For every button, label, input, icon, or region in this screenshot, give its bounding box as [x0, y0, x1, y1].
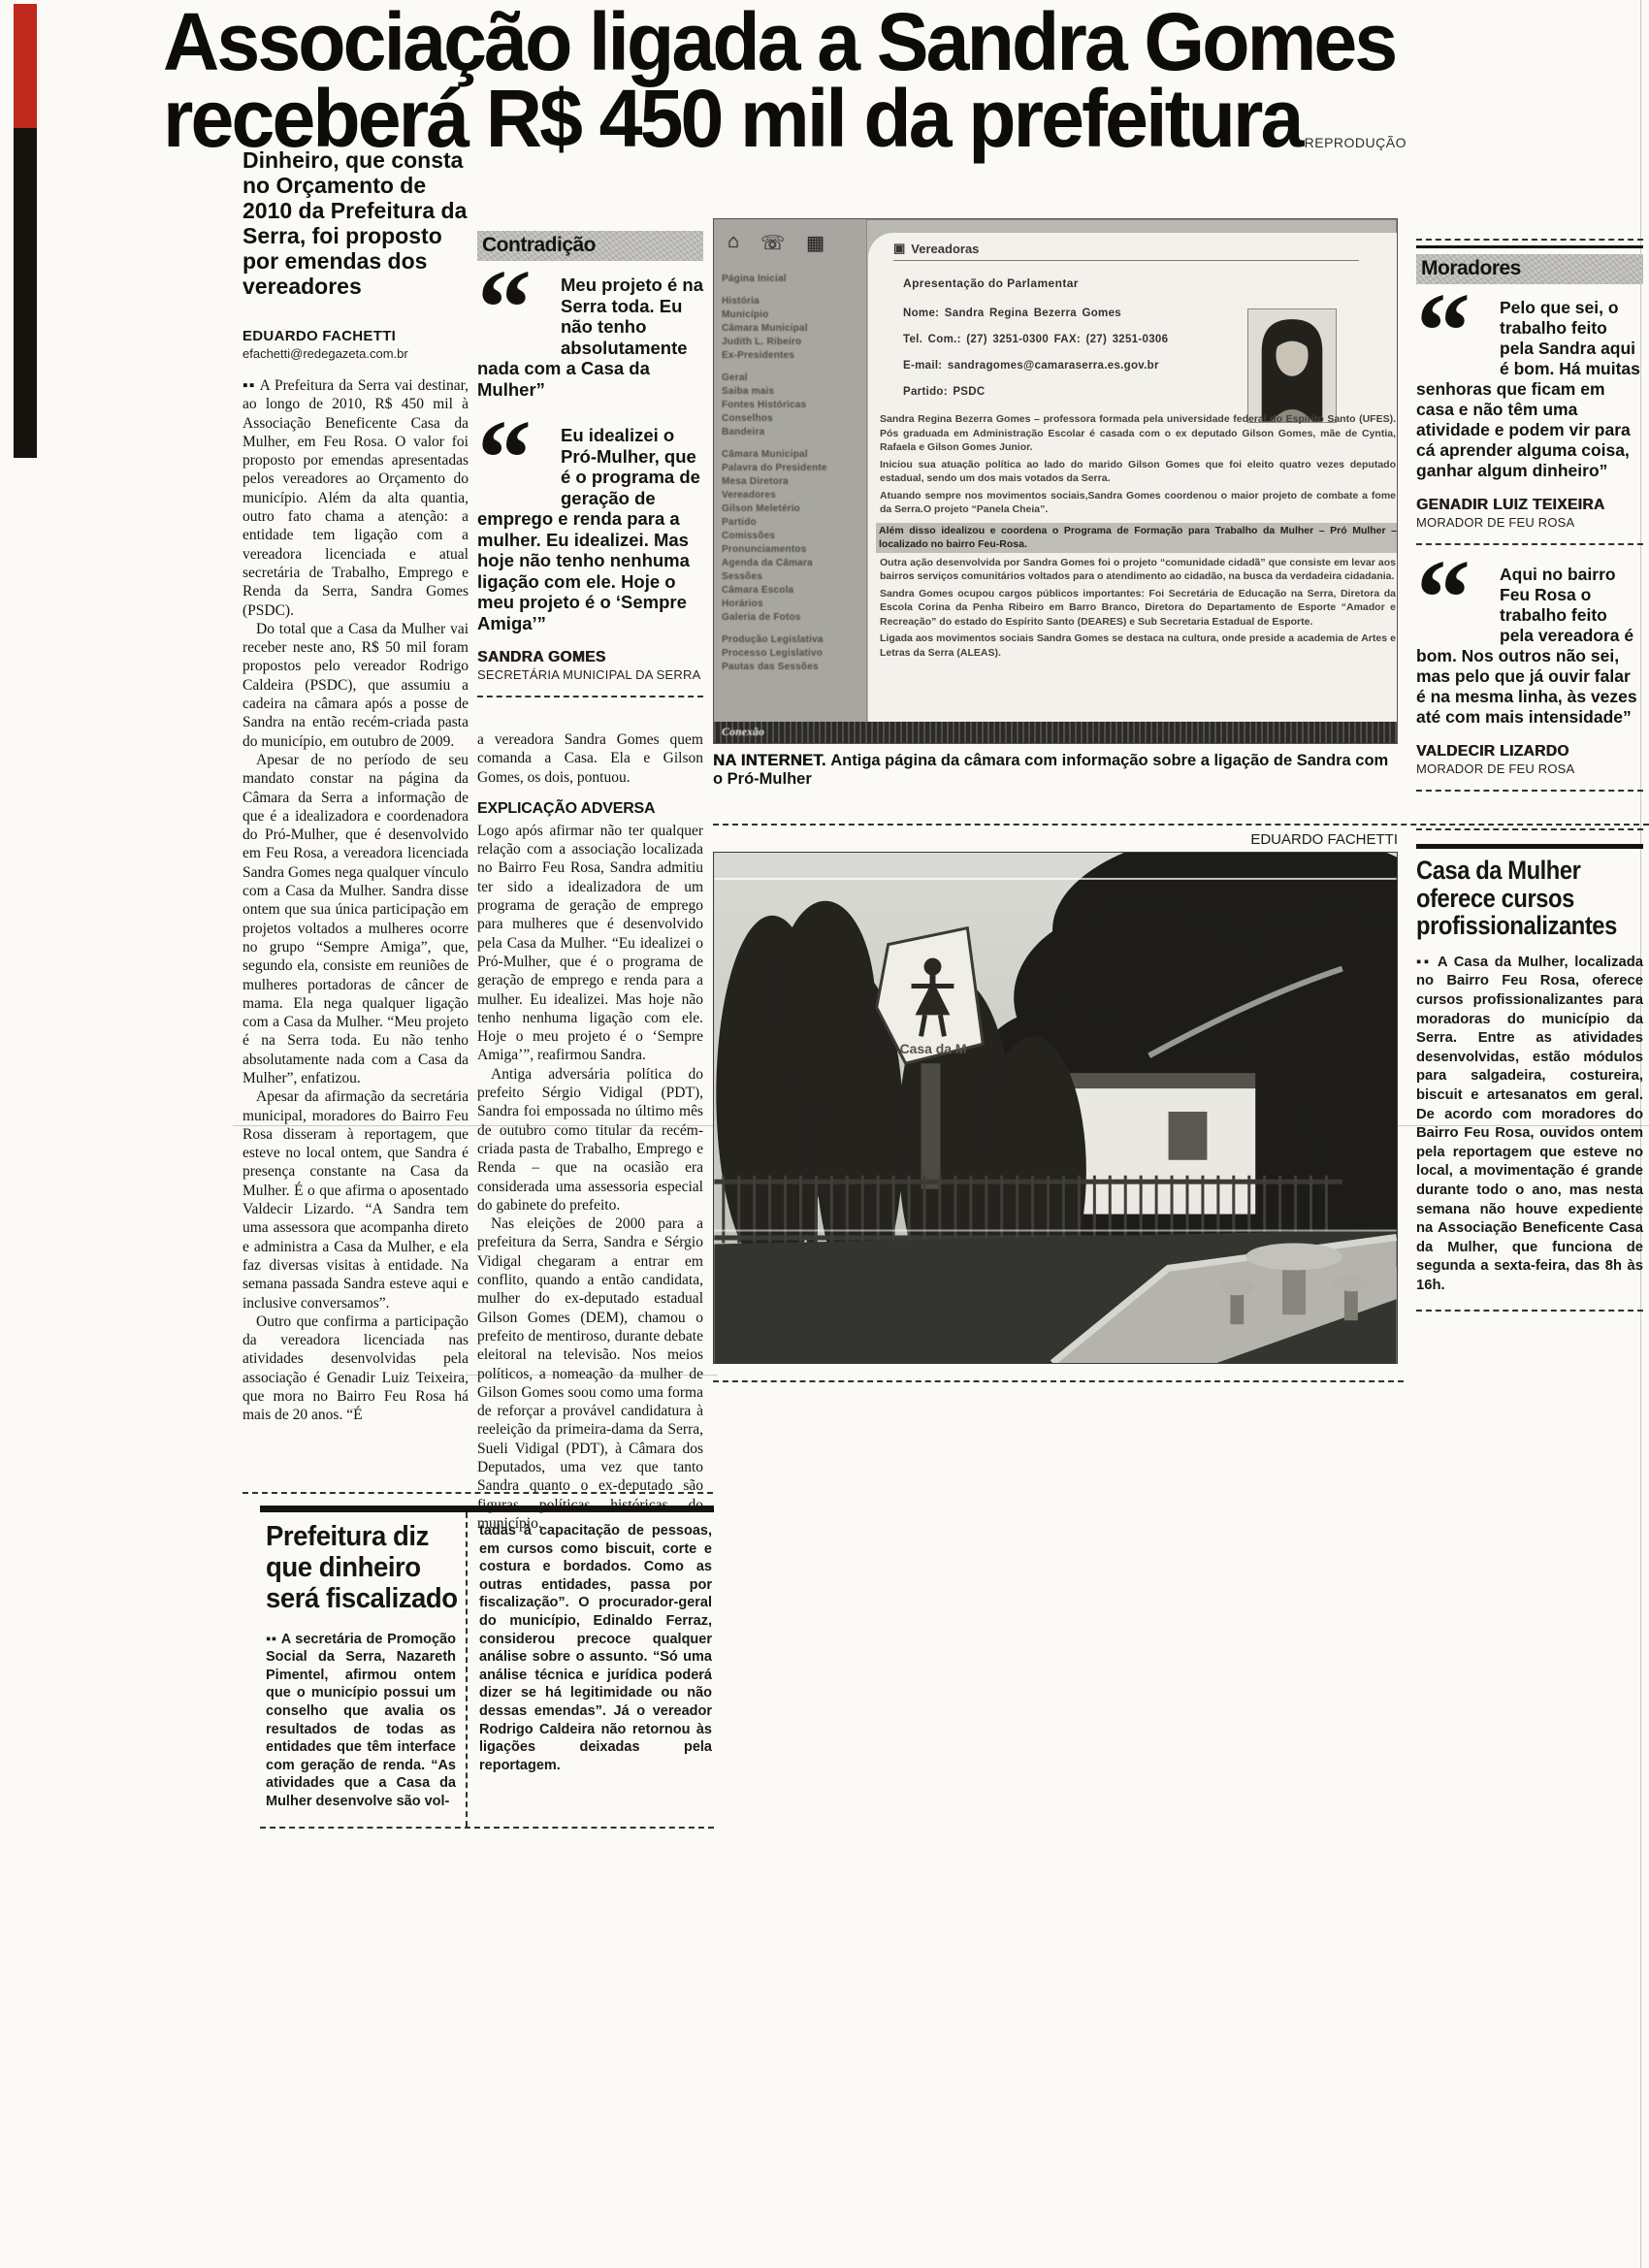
bio-paragraph: Sandra Regina Bezerra Gomes – professora… — [880, 412, 1396, 455]
headline-line1: Associação ligada a Sandra Gomes — [163, 4, 1560, 81]
paragraph: Logo após afirmar não ter qualquer relaç… — [477, 822, 703, 1065]
casa-title-line3: profissionalizantes — [1416, 912, 1616, 940]
prefeitura-box-title: Prefeitura diz que dinheiro será fiscali… — [266, 1522, 446, 1615]
casa-title-line1: Casa da Mulher — [1416, 857, 1616, 885]
webpage-menu-item: Câmara Municipal — [722, 448, 866, 462]
bio-paragraph: Iniciou sua atuação política ao lado do … — [880, 458, 1396, 486]
page-edge-red-strip — [14, 4, 37, 128]
article-column-2: Contradição “Meu projeto é na Serra toda… — [477, 231, 703, 1533]
prefeitura-box-col1: Prefeitura diz que dinheiro será fiscali… — [260, 1512, 468, 1827]
webpage-menu: Página InicialHistóriaMunicípioCâmara Mu… — [722, 273, 866, 674]
dashed-divider — [1416, 790, 1643, 792]
webpage-bottom-bar: Conexão — [714, 722, 1397, 743]
webpage-menu-item: Horários — [722, 598, 866, 611]
caption-label: NA INTERNET. — [713, 752, 826, 769]
home-icon: ⌂ — [727, 231, 739, 255]
prefeitura-box-col2: tadas à capacitação de pessoas, em curso… — [468, 1512, 712, 1827]
contradicao-quote-1: “Meu projeto é na Serra toda. Eu não ten… — [477, 275, 703, 400]
casa-title-line2: oferece cursos — [1416, 885, 1616, 913]
webpage-menu-item: Mesa Diretora — [722, 475, 866, 489]
webpage-menu-item: Ex-Presidentes — [722, 349, 866, 363]
webpage-menu-item: Saiba mais — [722, 385, 866, 399]
quote-mark-icon: “ — [477, 275, 561, 339]
webpage-sidebar: ⌂ ☏ ▦ Página InicialHistóriaMunicípioCâm… — [714, 219, 867, 743]
bottom-bar-label: Conexão — [714, 722, 764, 739]
webpage-window-title: Vereadoras — [911, 242, 979, 256]
paragraph: a vereadora Sandra Gomes quem comanda a … — [477, 730, 703, 787]
bio-paragraph: Atuando sempre nos movimentos sociais,Sa… — [880, 489, 1396, 517]
webpage-menu-item: Judith L. Ribeiro — [722, 336, 866, 349]
paragraph: Antiga adversária política do prefeito S… — [477, 1065, 703, 1215]
webpage-menu-item: Gilson Meletério — [722, 502, 866, 516]
webpage-title-row: ▣ Vereadoras — [868, 233, 1397, 256]
quote-source-name: GENADIR LUIZ TEIXEIRA — [1416, 497, 1643, 514]
byline-name: EDUARDO FACHETTI — [242, 328, 469, 344]
webpage-menu-item: Câmara Escola — [722, 584, 866, 598]
webpage-menu-item: Palavra do Presidente — [722, 462, 866, 475]
webpage-toolbar: ⌂ ☏ ▦ — [714, 219, 866, 255]
webpage-rule — [893, 260, 1359, 261]
bio-highlighted-paragraph: Além disso idealizou e coordena o Progra… — [876, 523, 1398, 553]
phone-icon: ☏ — [760, 231, 785, 255]
casa-box-title: Casa da Mulher oferece cursos profission… — [1416, 857, 1616, 940]
center-column: ⌂ ☏ ▦ Página InicialHistóriaMunicípioCâm… — [713, 218, 1404, 1382]
byline-email: efachetti@redegazeta.com.br — [242, 346, 469, 361]
webpage-menu-item: Município — [722, 308, 866, 322]
pref-title-line3: será fiscalizado — [266, 1584, 446, 1615]
paragraph: Nas eleições de 2000 para a prefeitura d… — [477, 1215, 703, 1533]
webpage-menu-item — [722, 286, 866, 295]
quote-mark-icon: “ — [477, 425, 561, 489]
webpage-menu-item: Comissões — [722, 530, 866, 543]
sandra-portrait-photo — [1247, 308, 1337, 423]
photo-credit: EDUARDO FACHETTI — [713, 831, 1398, 848]
webpage-menu-item: Processo Legislativo — [722, 647, 866, 661]
dashed-divider — [477, 696, 703, 697]
thick-rule — [260, 1506, 714, 1512]
paragraph: Outro que confirma a participação da ver… — [242, 1312, 469, 1425]
webpage-menu-item: Produção Legislativa — [722, 633, 866, 647]
moradores-quote-1: “Pelo que sei, o trabalho feito pela San… — [1416, 298, 1643, 481]
casa-box-body: ▪▪ A Casa da Mulher, localizada no Bairr… — [1416, 954, 1643, 1296]
prefeitura-box-text2: tadas à capacitação de pessoas, em curso… — [479, 1522, 712, 1774]
thick-rule — [1416, 245, 1643, 248]
prefeitura-box-columns: Prefeitura diz que dinheiro será fiscali… — [260, 1512, 714, 1829]
prefeitura-box: Prefeitura diz que dinheiro será fiscali… — [260, 1506, 714, 1829]
article-subhead: EXPLICAÇÃO ADVERSA — [477, 800, 703, 818]
reproduction-credit: REPRODUÇÃO — [1115, 135, 1406, 150]
paragraph: ▪▪ A Prefeitura da Serra vai destinar, a… — [242, 376, 469, 620]
webpage-menu-item: Fontes Históricas — [722, 399, 866, 412]
image-icon: ▦ — [806, 231, 824, 255]
webpage-menu-item: Pronunciamentos — [722, 543, 866, 557]
webpage-menu-item: História — [722, 295, 866, 308]
casa-da-mulher-photo: Casa da M — [713, 852, 1398, 1364]
right-column: Moradores “Pelo que sei, o trabalho feit… — [1416, 239, 1643, 1312]
webpage-menu-item: Bandeira — [722, 426, 866, 439]
dashed-divider — [713, 1380, 1404, 1382]
dashed-divider — [1416, 239, 1643, 241]
webpage-menu-item: Sessões — [722, 570, 866, 584]
quote-source-role: MORADOR DE FEU ROSA — [1416, 761, 1643, 776]
quote-source-role: MORADOR DE FEU ROSA — [1416, 515, 1643, 530]
article-body-col2: Logo após afirmar não ter qualquer relaç… — [477, 822, 703, 1533]
webpage-menu-item — [722, 363, 866, 372]
webpage-menu-item: Geral — [722, 372, 866, 385]
webpage-content: ▣ Vereadoras Apresentação do Parlamentar… — [868, 233, 1397, 722]
webshot-caption: NA INTERNET. Antiga página da câmara com… — [713, 752, 1398, 789]
paragraph: Apesar de no período de seu mandato cons… — [242, 751, 469, 1087]
bio-paragraph: Sandra Gomes ocupou cargos públicos impo… — [880, 587, 1396, 630]
webpage-menu-item: Vereadores — [722, 489, 866, 502]
webpage-menu-item: Pautas das Sessões — [722, 661, 866, 674]
webpage-menu-item: Conselhos — [722, 412, 866, 426]
svg-text:Casa da M: Casa da M — [900, 1041, 967, 1056]
dashed-divider — [242, 1492, 713, 1494]
bio-paragraph: Outra ação desenvolvida por Sandra Gomes… — [880, 556, 1396, 584]
contradicao-box-header: Contradição — [477, 231, 703, 261]
pref-title-line1: Prefeitura diz — [266, 1522, 446, 1553]
quote-source-name: VALDECIR LIZARDO — [1416, 743, 1643, 761]
newspaper-page: Associação ligada a Sandra Gomes receber… — [0, 0, 1649, 2268]
bio-paragraph: Ligada aos movimentos sociais Sandra Gom… — [880, 632, 1396, 660]
quote-source-role: SECRETÁRIA MUNICIPAL DA SERRA — [477, 667, 703, 682]
webpage-heading: Apresentação do Parlamentar — [903, 276, 1397, 290]
quote-mark-icon: “ — [1416, 565, 1500, 629]
quote-source-name: SANDRA GOMES — [477, 649, 703, 666]
thick-rule — [1416, 844, 1643, 849]
dashed-divider — [1416, 828, 1643, 830]
webpage-bio: Sandra Regina Bezerra Gomes – professora… — [880, 412, 1396, 660]
window-icon: ▣ — [893, 241, 905, 256]
article-lede: Dinheiro, que consta no Orçamento de 201… — [242, 147, 469, 299]
article-col2-leadin: a vereadora Sandra Gomes quem comanda a … — [477, 730, 703, 787]
moradores-box-header: Moradores — [1416, 254, 1643, 284]
moradores-quote-2: “Aqui no bairro Feu Rosa o trabalho feit… — [1416, 565, 1643, 728]
contradicao-quote-2: “Eu idealizei o Pró-Mulher, que é o prog… — [477, 425, 703, 633]
dashed-divider — [1416, 1310, 1643, 1312]
prefeitura-box-text1: ▪▪ A secretária de Promoção Social da Se… — [266, 1631, 456, 1811]
paragraph: Do total que a Casa da Mulher vai recebe… — [242, 620, 469, 751]
paragraph: Apesar da afirmação da secretária munici… — [242, 1087, 469, 1312]
pref-title-line2: que dinheiro — [266, 1553, 446, 1584]
webpage-menu-item: Galeria de Fotos — [722, 611, 866, 625]
quote-mark-icon: “ — [1416, 298, 1500, 362]
webpage-menu-item: Página Inicial — [722, 273, 866, 286]
page-edge-black-strip — [14, 128, 37, 458]
article-body-col1: ▪▪ A Prefeitura da Serra vai destinar, a… — [242, 376, 469, 1425]
article-column-1: Dinheiro, que consta no Orçamento de 201… — [242, 147, 469, 1425]
webpage-menu-item — [722, 625, 866, 633]
webpage-menu-item — [722, 439, 866, 448]
webpage-menu-item: Agenda da Câmara — [722, 557, 866, 570]
webpage-menu-item: Câmara Municipal — [722, 322, 866, 336]
webpage-menu-item: Partido — [722, 516, 866, 530]
camara-webpage-screenshot: ⌂ ☏ ▦ Página InicialHistóriaMunicípioCâm… — [713, 218, 1398, 744]
